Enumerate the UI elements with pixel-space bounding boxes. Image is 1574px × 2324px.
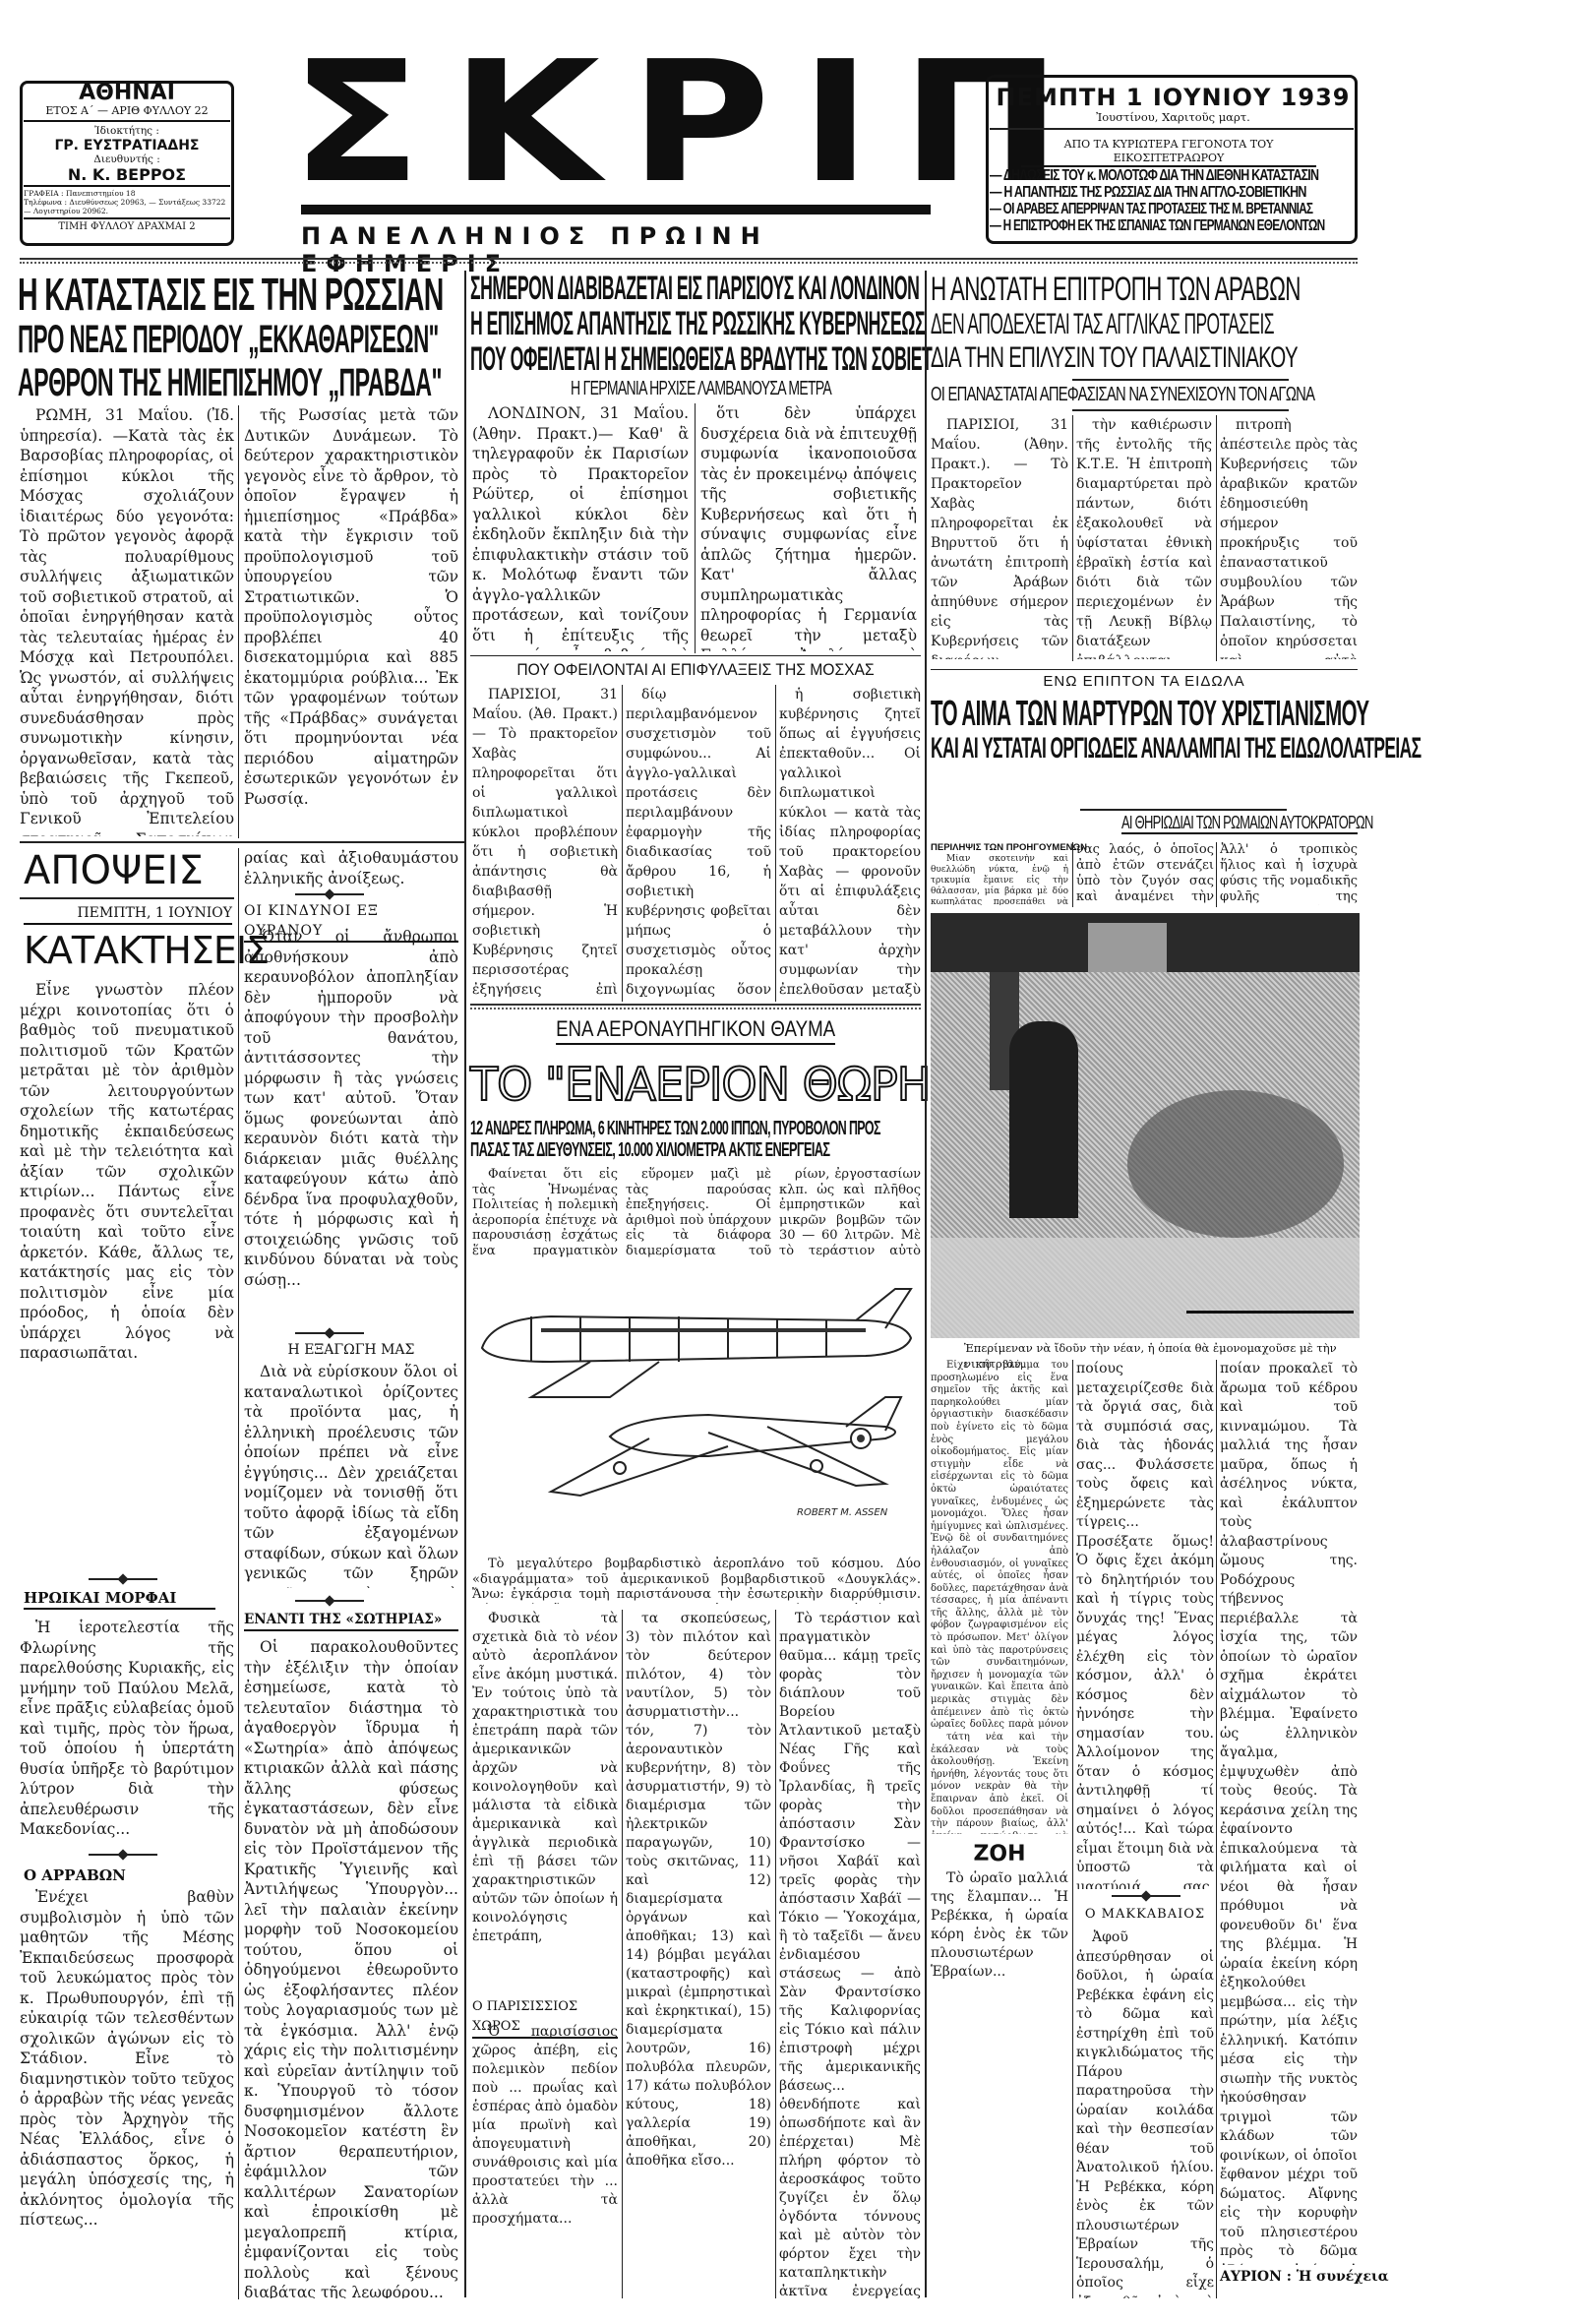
aircraft-headline: ΤΟ "ΕΝΑΕΡΙΟΝ ΘΩΡΗΚΤΟΝ„ (470, 1057, 921, 1112)
section-rule (470, 655, 921, 656)
headline-line: ΠΡΟ ΝΕΑΣ ΠΕΡΙΟΔΟΥ „ΕΚΚΑΘΑΡΙΣΕΩΝ" (18, 318, 276, 361)
summary-list: — ΔΗΛΩΣΕΙΣ ΤΟΥ κ. ΜΟΛΟΤΩΦ ΔΙΑ ΤΗΝ ΔΙΕΘΝΗ… (990, 167, 1354, 234)
column-rule (775, 1610, 776, 2298)
soteria-body: Οἱ παρακολουθοῦντες τὴν ἐξέλιξιν τὴν ὁπο… (244, 1637, 458, 2298)
paris-london-col-1: ΛΟΝΔΙΝΟΝ, 31 Μαΐου. (Ἀθην. Πρακτ.)— Καθ'… (472, 403, 689, 651)
aircraft-col-2: εὕρομεν μαζὶ μὲ τὰς παρούσας ἐπεξηγήσεις… (626, 1167, 771, 1257)
arabs-headline: Η ΑΝΩΤΑΤΗ ΕΠΙΤΡΟΠΗ ΤΩΝ ΑΡΑΒΩΝ ΔΕΝ ΑΠΟΔΕΧ… (931, 271, 1363, 375)
saints-line: Ἰουστίνου, Χαριτοῦς μαρτ. (994, 110, 1353, 124)
column-rule (1072, 1360, 1073, 2298)
owner-name: ΓΡ. ΕΥΣΤΡΑΤΙΑΔΗΣ (24, 138, 230, 153)
masthead-rule (20, 258, 1358, 264)
newspaper-logo: ΣΚΡΙΠ (290, 49, 1059, 197)
headline-rule (1072, 409, 1289, 411)
section-label-zoi: ΖΟΗ (931, 1842, 1068, 1867)
subhead-text: Η ΓΕΡΜΑΝΙΑ ΗΡΧΙΣΕ ΛΑΜΒΑΝΟΥΣΑ ΜΕΤΡΑ (571, 378, 818, 399)
continued-tomorrow[interactable]: ΑΥΡΙΟΝ : Ἡ συνέχεια (1220, 2267, 1358, 2287)
martyrs-col-2-after: Ἀφοῦ ἀπεσύρθησαν οἱ δοῦλοι, ἡ ὡραία Ρεβέ… (1076, 1928, 1214, 2298)
summary-label: ΠΕΡΙΛΗΨΙΣ ΤΩΝ ΠΡΟΗΓΟΥΜΕΝΩΝ (931, 842, 1068, 854)
column-rule (925, 271, 927, 2297)
column-rule (1072, 415, 1073, 661)
summary-item: — Η ΕΠΙΣΤΡΟΦΗ ΕΚ ΤΗΣ ΙΣΠΑΝΙΑΣ ΤΩΝ ΓΕΡΜΑΝ… (990, 217, 1259, 234)
subhead-text: ΟΙ ΕΠΑΝΑΣΤΑΤΑΙ ΑΠΕΦΑΣΙΣΑΝ ΝΑ ΣΥΝΕΧΙΣΟΥΝ … (931, 384, 1251, 405)
martyrs-top-col-3: Ἀλλ' ὁ τροπικὸς ἥλιος καὶ ἡ ἰσχυρὰ φύσις… (1220, 842, 1358, 905)
subhead-line: 12 ΑΝΔΡΕΣ ΠΛΗΡΩΜΑ, 6 ΚΙΝΗΤΗΡΕΣ ΤΩΝ 2.000… (470, 1118, 750, 1139)
opinions-date: ΠΕΜΠΤΗ, 1 ΙΟΥΝΙΟΥ (24, 903, 232, 925)
logo-bar (301, 205, 931, 214)
summary-header: ΑΠΟ ΤΑ ΚΥΡΙΩΤΕΡΑ ΓΕΓΟΝΟΤΑ ΤΟΥ ΕΙΚΟΣΙΤΕΤΡ… (1021, 138, 1316, 167)
russia-col-1: ΡΩΜΗ, 31 Μαΐου. (Ἰδ. ὑπηρεσία). —Κατὰ τὰ… (20, 405, 234, 836)
aircraft-diagram-caption: Τὸ μεγαλύτερο βομβαρδιστικὸ ἀεροπλάνο το… (472, 1557, 921, 1604)
section-rule (20, 841, 464, 843)
martyrs-col-2: ποίους μεταχειρίζεσθε διὰ τὰ ὄργιά σας, … (1076, 1360, 1214, 1889)
aircraft-col-1: Φαίνεται ὅτι εἰς τὰς Ἡνωμένας Πολιτείας … (472, 1167, 618, 1257)
aircraft-kicker: ΕΝΑ ΑΕΡΟΝΑΥΠΗΓΙΚΟΝ ΘΑΥΜΑ (470, 1015, 921, 1045)
opinions-lead-body: Εἶνε γνωστὸν πλέον μέχρι κοινοτοπίας ὅτι… (20, 980, 234, 1568)
ornament-divider (295, 1328, 364, 1338)
city-label: ΑΘΗΝΑΙ (24, 83, 230, 104)
headline-line: ΔΙΑ ΤΗΝ ΕΠΙΛΥΣΙΝ ΤΟΥ ΠΑΛΑΙΣΤΙΝΙΑΚΟΥ (931, 341, 1225, 375)
ornament-divider (89, 1574, 157, 1584)
headline-line: ΠΟΥ ΟΦΕΙΛΕΤΑΙ Η ΣΗΜΕΙΩΘΕΙΣΑ ΒΡΑΔΥΤΗΣ ΤΩΝ… (470, 341, 705, 377)
column-rule (464, 271, 466, 2297)
ornament-divider (295, 1596, 364, 1606)
summary-item: — ΟΙ ΑΡΑΒΕΣ ΑΠΕΡΡΙΨΑΝ ΤΑΣ ΠΡΟΤΑΣΕΙΣ ΤΗΣ … (990, 201, 1259, 217)
martyrs-col-1-after: Τὸ ὡραῖο μαλλιά της ἔλαμπαν... Ἡ Ρεβέκκα… (931, 1869, 1068, 2298)
director-label: Διευθυντής : (24, 153, 230, 165)
director-name: Ν. Κ. ΒΕΡΡΟΣ (24, 165, 230, 187)
headline-line: Η ΕΠΙΣΗΜΟΣ ΑΠΑΝΤΗΣΙΣ ΤΗΣ ΡΩΣΣΙΚΗΣ ΚΥΒΕΡΝ… (470, 306, 705, 341)
arabs-col-1: ΠΑΡΙΣΙΟΙ, 31 Μαΐου. (Ἀθην. Πρακτ.). — Τὸ… (931, 415, 1068, 659)
summary-body: Μίαν σκοτεινὴν καὶ θυελλώδη νύκτα, ἐνῷ ἡ… (931, 854, 1068, 905)
aircraft-cutaway-diagram: ROBERT M. ASSEN (472, 1259, 921, 1555)
aircraft-col-3: ρίων, ἐργοστασίων κλπ. ὡς καὶ πλῆθος ἐμπ… (779, 1167, 921, 1257)
arabs-subhead: ΟΙ ΕΠΑΝΑΣΤΑΤΑΙ ΑΠΕΦΑΣΙΣΑΝ ΝΑ ΣΥΝΕΧΙΣΟΥΝ … (931, 384, 1363, 405)
paris-london-subhead: Η ΓΕΡΜΑΝΙΑ ΗΡΧΙΣΕ ΛΑΜΒΑΝΟΥΣΑ ΜΕΤΡΑ (571, 378, 925, 399)
export-title: Η ΕΞΑΓΩΓΗ ΜΑΣ (244, 1340, 458, 1360)
aircraft-bottom-col-2: τα σκοπεύσεως, 3) τὸν πιλότον καὶ τὸν δε… (626, 1610, 771, 2298)
headline-rule (1072, 379, 1289, 381)
engagement-title: Ο ΑΡΡΑΒΩΝ (24, 1865, 126, 1885)
paris-london-headline: ΣΗΜΕΡΟΝ ΔΙΑΒΙΒΑΖΕΤΑΙ ΕΙΣ ΠΑΡΙΣΙΟΥΣ ΚΑΙ Λ… (470, 271, 923, 377)
martyrs-subhead: ΑΙ ΘΗΡΙΩΔΙΑΙ ΤΩΝ ΡΩΜΑΙΩΝ ΑΥΤΟΚΡΑΤΟΡΩΝ (1121, 813, 1358, 834)
opinions-section-title: ΑΠΟΨΕΙΣ (24, 848, 204, 893)
issue-line: ΕΤΟΣ Α΄ — ΑΡΙΘ ΦΥΛΛΟΥ 22 (24, 104, 230, 122)
sky-body: Ὅταν οἱ ἄνθρωποι ἀποθνήσκουν ἀπὸ κεραυνο… (244, 927, 458, 1328)
column-rule (1072, 842, 1073, 907)
opinions-lead-title: ΚΑΤΑΚΤΗΣΕΙΣ (24, 929, 269, 972)
arena-illustration (931, 913, 1360, 1338)
headline-line: Η ΑΝΩΤΑΤΗ ΕΠΙΤΡΟΠΗ ΤΩΝ ΑΡΑΒΩΝ (931, 271, 1216, 308)
arabs-col-3: πιτροπὴ ἀπέστειλε πρὸς τὰς Κυβερνήσεις τ… (1220, 415, 1358, 659)
masthead-info-content: ΑΘΗΝΑΙ ΕΤΟΣ Α΄ — ΑΡΙΘ ΦΥΛΛΟΥ 22 Ἰδιοκτήτ… (24, 83, 230, 235)
russia-col-2: τῆς Ρωσσίας μετὰ τῶν Δυτικῶν Δυνάμεων. Τ… (244, 405, 458, 836)
heroes-body: Ἡ ἱεροτελεστία τῆς Φλωρίνης τῆς παρελθού… (20, 1618, 234, 1852)
phones-line: Τηλέφωνα : Διευθύνσεως 20963, — Συντάξεω… (24, 198, 230, 219)
headline-rule (1080, 809, 1287, 811)
paris-london-col-2: ὅτι δὲν ὑπάρχει δυσχέρεια διὰ νὰ ἐπιτευχ… (700, 403, 917, 651)
subhead-text: ΑΙ ΘΗΡΙΩΔΙΑΙ ΤΩΝ ΡΩΜΑΙΩΝ ΑΥΤΟΚΡΑΤΟΡΩΝ (1121, 813, 1292, 832)
date-box-divider (990, 128, 1354, 130)
martyrs-col-1: Εἶχε τὸ βλέμμα του προσηλωμένο εἰς ἕνα σ… (931, 1360, 1068, 1730)
summary-item: — Η ΑΠΑΝΤΗΣΙΣ ΤΗΣ ΡΩΣΣΙΑΣ ΔΙΑ ΤΗΝ ΑΓΓΛΟ-… (990, 184, 1274, 201)
headline-line: ΣΗΜΕΡΟΝ ΔΙΑΒΙΒΑΖΕΤΑΙ ΕΙΣ ΠΑΡΙΣΙΟΥΣ ΚΑΙ Λ… (470, 271, 705, 306)
ornament-divider (1112, 1891, 1180, 1901)
moscow-col-3: ἡ σοβιετικὴ κυβέρνησις ζητεῖ ὅπως αἱ ἐγγ… (779, 685, 921, 1000)
column-rule (238, 405, 239, 838)
martyrs-top-col-2: νας λαός, ὁ ὁποῖος ἀπὸ ἐτῶν στενάζει ὑπὸ… (1076, 842, 1214, 905)
owner-label: Ἰδιοκτήτης : (24, 125, 230, 138)
moscow-col-2: δίῳ περιλαμβανόμενον συσχετισμὸν τοῦ συμ… (626, 685, 771, 1000)
column-rule (622, 685, 623, 1002)
martyrs-col-3: ποίαν προκαλεῖ τὸ ἄρωμα τοῦ κέδρου καὶ τ… (1220, 1360, 1358, 2265)
price-line: ΤΙΜΗ ΦΥΛΛΟΥ ΔΡΑΧΜΑΙ 2 (24, 219, 230, 235)
arabs-col-2: τὴν καθιέρωσιν τῆς ἐντολῆς τῆς Κ.Τ.Ε. Ἡ … (1076, 415, 1212, 659)
aircraft-bottom-col-1: Φυσικὰ τὰ σχετικὰ διὰ τὸ νέον αὐτὸ ἀεροπ… (472, 1610, 618, 1944)
column-rule (622, 1610, 623, 2298)
summary-item: — ΔΗΛΩΣΕΙΣ ΤΟΥ κ. ΜΟΛΟΤΩΦ ΔΙΑ ΤΗΝ ΔΙΕΘΝΗ… (990, 167, 1274, 184)
aircraft-bottom-col-3: Τὸ τεράστιον καὶ πραγματικὸν θαῦμα... κά… (779, 1610, 921, 2298)
date-line: ΠΕΜΠΤΗ 1 ΙΟΥΝΙΟΥ 1939 (994, 85, 1353, 110)
column-rule (775, 685, 776, 1002)
ornament-divider (295, 889, 364, 899)
offices-line: ΓΡΑΦΕΙΑ : Πανεπιστημίου 18 (24, 189, 230, 198)
moscow-headline: ΠΟΥ ΟΦΕΙΛΟΝΤΑΙ ΑΙ ΕΠΙΦΥΛΑΞΕΙΣ ΤΗΣ ΜΟΣΧΑΣ (488, 659, 902, 681)
column-rule (1216, 842, 1217, 907)
headline-line: ΑΡΘΡΟΝ ΤΗΣ ΗΜΙΕΠΙΣΗΜΟΥ „ΠΡΑΒΔΑ" (18, 361, 286, 404)
maccabee-label: Ο ΜΑΚΚΑΒΑΙΟΣ (1076, 1905, 1214, 1925)
headline-line: ΤΟ ΑΙΜΑ ΤΩΝ ΜΑΡΤΥΡΩΝ ΤΟΥ ΧΡΙΣΤΙΑΝΙΣΜΟΥ (931, 695, 1178, 732)
subhead-line: ΠΑΣΑΣ ΤΑΣ ΔΙΕΥΘΥΝΣΕΙΣ, 10.000 ΧΙΛΙΟΜΕΤΡΑ… (470, 1139, 758, 1161)
moscow-col-1: ΠΑΡΙΣΙΟΙ, 31 Μαΐου. (Ἀθ. Πρακτ.) — Τὸ πρ… (472, 685, 618, 1000)
paris-space-body: Ὁ παρισίσσιος χῶρος ἀπέβη, εἰς πολεμικὸν… (472, 2023, 618, 2298)
diagram-signature: ROBERT M. ASSEN (797, 1507, 888, 1518)
headline-line: Η ΚΑΤΑΣΤΑΣΙΣ ΕΙΣ ΤΗΝ ΡΩΣΣΙΑΝ (18, 271, 304, 318)
export-body: Διὰ νὰ εὑρίσκουν ὅλοι οἱ καταναλωτικοὶ ὁ… (244, 1362, 458, 1588)
opinions-col2-top: ραίας καὶ ἀξιοθαυμάστου ἑλληνικῆς ἀνοίξε… (244, 848, 458, 889)
russia-headline: Η ΚΑΤΑΣΤΑΣΙΣ ΕΙΣ ΤΗΝ ΡΩΣΣΙΑΝ ΠΡΟ ΝΕΑΣ ΠΕ… (18, 271, 480, 404)
section-rule (470, 1004, 921, 1009)
column-rule (238, 848, 239, 2299)
martyrs-col-1-tail: τάτη νέα καὶ τὴν ἐκάλεσαν νὰ τοὺς ἀκολου… (931, 1732, 1068, 1834)
column-rule (695, 403, 696, 653)
soteria-title: ΕΝΑΝΤΙ ΤΗΣ «ΣΩΤΗΡΙΑΣ» (244, 1610, 458, 1631)
section-rule (20, 897, 234, 899)
martyrs-headline: ΤΟ ΑΙΜΑ ΤΩΝ ΜΑΡΤΥΡΩΝ ΤΟΥ ΧΡΙΣΤΙΑΝΙΣΜΟΥ Κ… (931, 695, 1363, 765)
headline-line: ΚΑΙ ΑΙ ΥΣΤΑΤΑΙ ΟΡΓΙΩΔΕΙΣ ΑΝΑΛΑΜΠΑΙ ΤΗΣ Ε… (931, 732, 1181, 765)
ornament-divider (89, 1850, 157, 1860)
heroes-title: ΗΡΩΙΚΑΙ ΜΟΡΦΑΙ (24, 1588, 215, 1610)
aircraft-subhead: 12 ΑΝΔΡΕΣ ΠΛΗΡΩΜΑ, 6 ΚΙΝΗΤΗΡΕΣ ΤΩΝ 2.000… (470, 1118, 921, 1161)
column-rule (1216, 415, 1217, 661)
column-rule (1216, 1360, 1217, 2298)
section-rule (931, 669, 1358, 670)
headline-line: ΔΕΝ ΑΠΟΔΕΧΕΤΑΙ ΤΑΣ ΑΓΓΛΙΚΑΣ ΠΡΟΤΑΣΕΙΣ (931, 308, 1181, 341)
kicker-text: ΕΝΑ ΑΕΡΟΝΑΥΠΗΓΙΚΟΝ ΘΑΥΜΑ (556, 1015, 835, 1045)
engagement-body: Ἐνέχει βαθὺν συμβολισμὸν ἡ ὑπὸ τῶν μαθητ… (20, 1887, 234, 2298)
martyrs-kicker: ΕΝΩ ΕΠΙΠΤΟΝ ΤΑ ΕΙΔΩΛΑ (931, 673, 1358, 691)
